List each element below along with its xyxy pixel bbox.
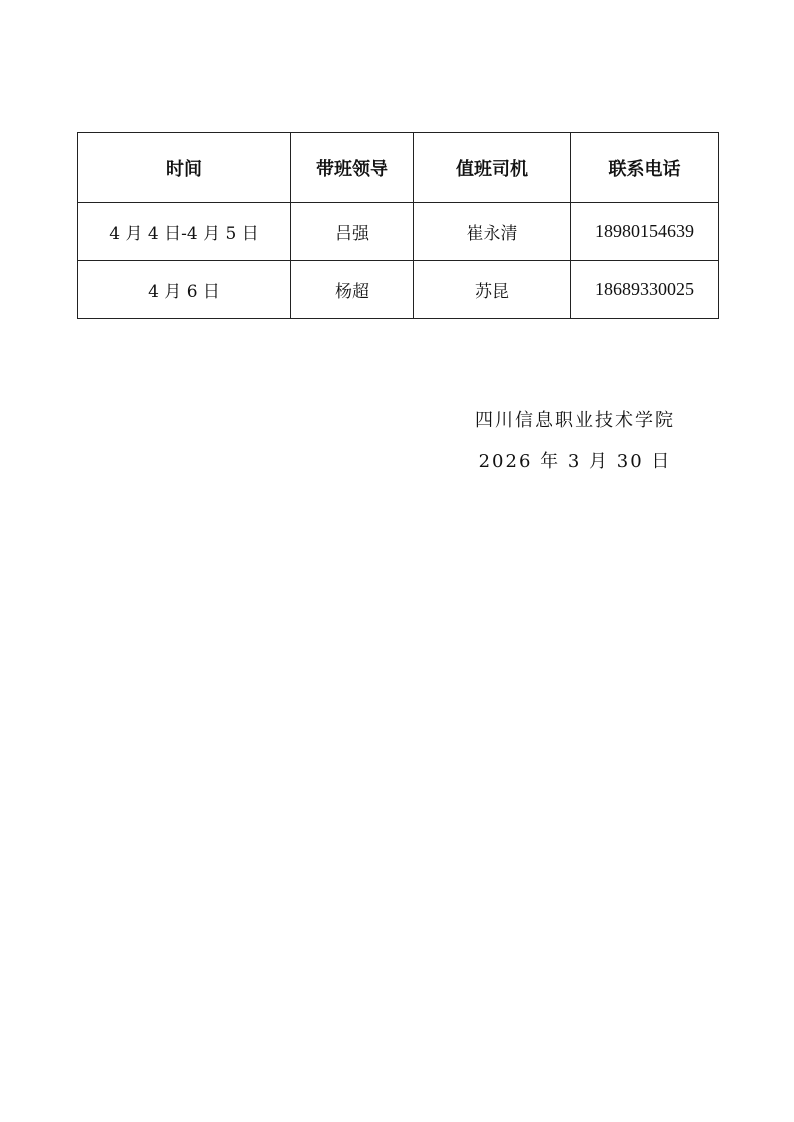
table-row: 4 月 6 日 杨超 苏昆 18689330025	[78, 261, 719, 319]
table-header-row: 时间 带班领导 值班司机 联系电话	[78, 133, 719, 203]
document-page: 时间 带班领导 值班司机 联系电话 4 月 4 日-4 月 5 日 吕强 崔永清…	[0, 0, 794, 1122]
signature-organization: 四川信息职业技术学院	[430, 406, 720, 432]
header-driver: 值班司机	[414, 133, 571, 203]
cell-leader: 吕强	[291, 203, 414, 261]
cell-phone: 18689330025	[571, 261, 719, 319]
cell-time: 4 月 4 日-4 月 5 日	[78, 203, 291, 261]
cell-driver: 崔永清	[414, 203, 571, 261]
header-leader: 带班领导	[291, 133, 414, 203]
cell-time: 4 月 6 日	[78, 261, 291, 319]
cell-driver: 苏昆	[414, 261, 571, 319]
duty-schedule-table: 时间 带班领导 值班司机 联系电话 4 月 4 日-4 月 5 日 吕强 崔永清…	[77, 132, 719, 319]
header-time: 时间	[78, 133, 291, 203]
cell-leader: 杨超	[291, 261, 414, 319]
cell-phone: 18980154639	[571, 203, 719, 261]
table-row: 4 月 4 日-4 月 5 日 吕强 崔永清 18980154639	[78, 203, 719, 261]
signature-date: 2026 年 3 月 30 日	[430, 447, 720, 473]
header-phone: 联系电话	[571, 133, 719, 203]
